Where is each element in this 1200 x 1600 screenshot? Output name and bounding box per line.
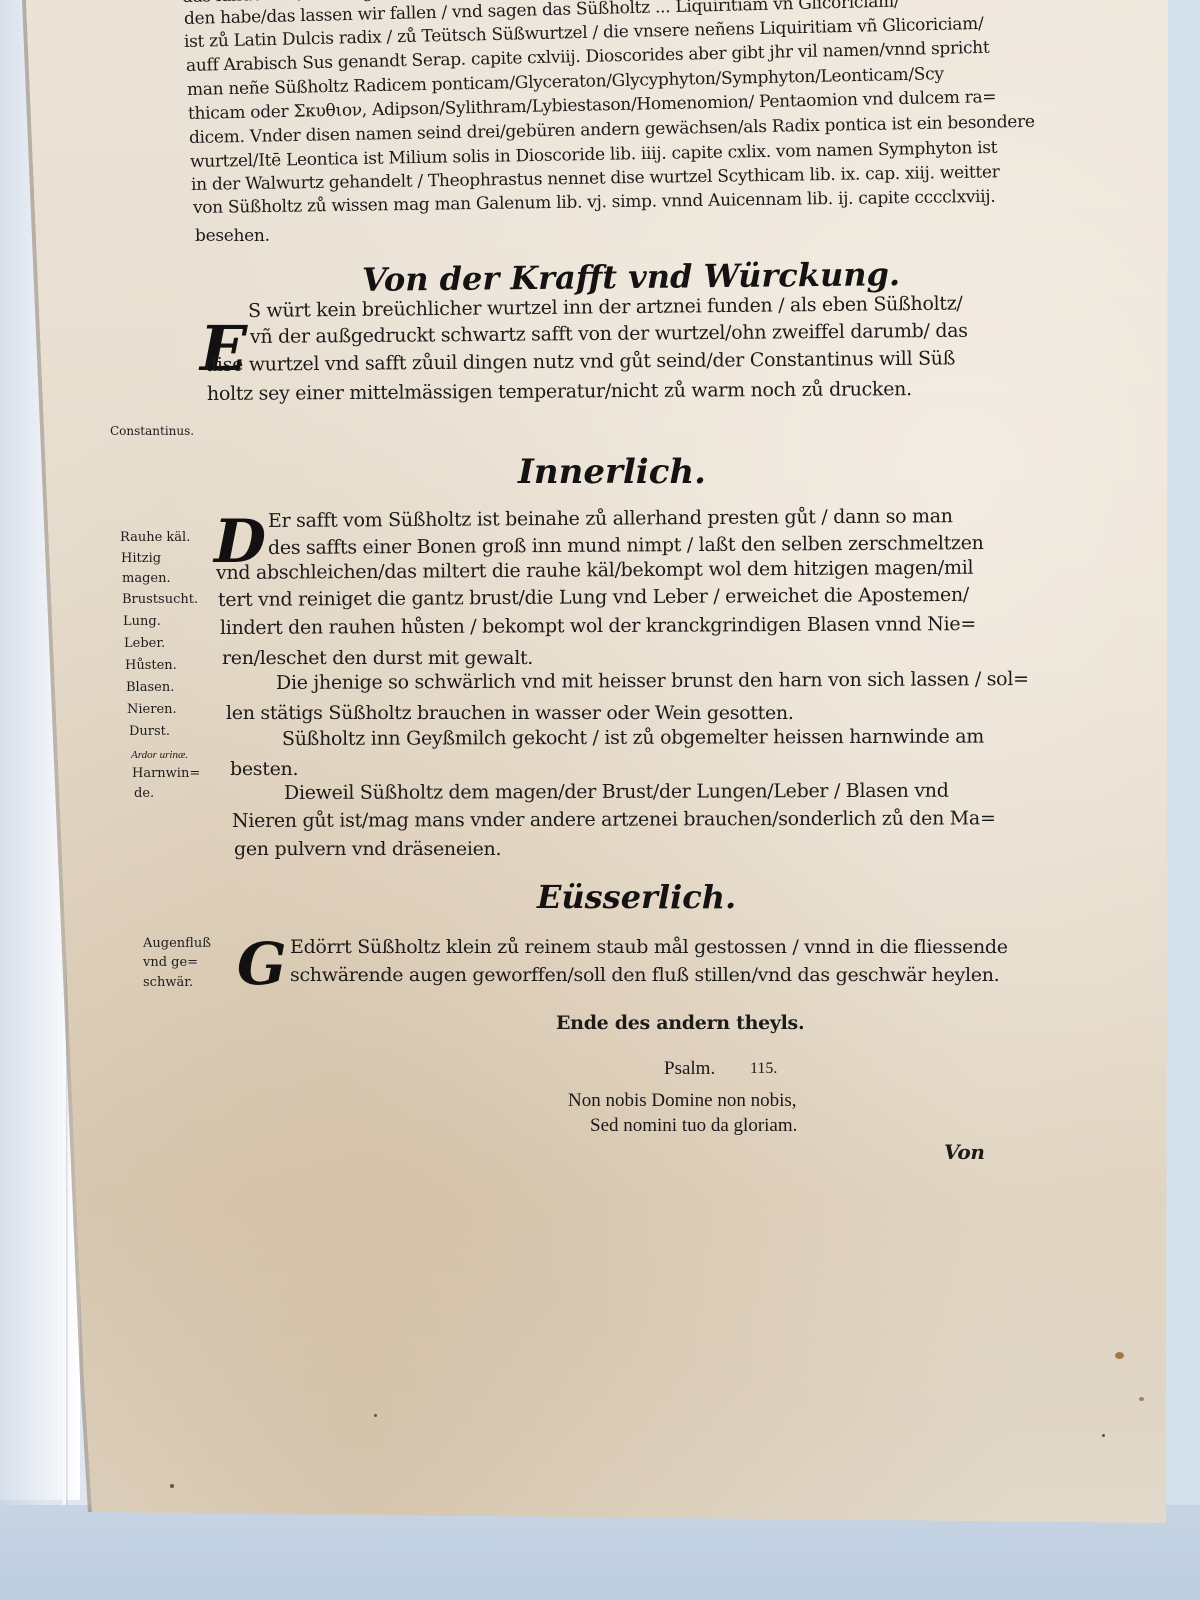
margin-note: vnd ge= <box>143 955 198 971</box>
end-of-part-line: Ende des andern theyls. <box>556 1012 804 1034</box>
section-heading: Innerlich. <box>518 452 706 492</box>
paper-spot <box>1102 1434 1105 1437</box>
margin-note: Durst. <box>129 724 170 740</box>
text-line: Süßholtz inn Geyßmilch gekocht / ist zů … <box>282 726 984 750</box>
margin-note: Constantinus. <box>110 423 194 439</box>
text-line: des saffts einer Bonen groß inn mund nim… <box>268 532 984 559</box>
printed-page: das landen ... / vnd sagen das Süßholtz … <box>0 0 1200 1600</box>
text-line: ren/leschet den durst mit gewalt. <box>222 647 533 669</box>
text-line: lindert den rauhen hůsten / bekompt wol … <box>220 613 976 639</box>
margin-note: Lung. <box>123 614 161 630</box>
margin-note: de. <box>134 786 154 802</box>
text-line: vñ der außgedruckt schwartz safft von de… <box>250 320 968 348</box>
margin-note: Harnwin= <box>132 766 200 782</box>
paper-spot <box>170 1484 174 1488</box>
section-heading: Eüsserlich. <box>537 878 736 916</box>
text-line: vnd abschleichen/das miltert die rauhe k… <box>216 557 973 584</box>
text-line: besehen. <box>195 225 270 247</box>
section-heading: Von der Krafft vnd Würckung. <box>362 255 900 299</box>
text-line: tert vnd reiniget die gantz brust/die Lu… <box>218 584 969 611</box>
text-line: schwärende augen geworffen/soll den fluß… <box>290 964 999 986</box>
margin-note: Augenfluß <box>143 936 211 952</box>
text-line: holtz sey einer mittelmässigen temperatu… <box>207 378 912 405</box>
catchword: Von <box>944 1140 985 1164</box>
text-line: Edörrt Süßholtz klein zů reinem staub må… <box>290 936 1008 958</box>
text-line: Er safft vom Süßholtz ist beinahe zů all… <box>268 505 953 532</box>
paper-spot <box>1139 1397 1144 1401</box>
text-line: Dieweil Süßholtz dem magen/der Brust/der… <box>284 780 949 804</box>
drop-initial: G <box>237 935 287 993</box>
margin-note: magen. <box>122 571 171 587</box>
psalm-label: Psalm. <box>664 1058 715 1080</box>
paper-spot <box>1115 1352 1124 1359</box>
margin-note: Hůsten. <box>125 658 177 674</box>
margin-note: Ardor urinæ. <box>131 747 188 763</box>
latin-verse-line: Non nobis Domine non nobis, <box>568 1090 797 1112</box>
text-line: Die jhenige so schwärlich vnd mit heisse… <box>276 668 1029 694</box>
psalm-number: 115. <box>750 1060 777 1078</box>
margin-note: Nieren. <box>127 702 177 718</box>
margin-note: Hitzig <box>121 551 161 567</box>
text-line: dise wurtzel vnd safft zůuil dingen nutz… <box>205 347 955 376</box>
latin-verse-line: Sed nomini tuo da gloriam. <box>590 1115 797 1137</box>
margin-note: Leber. <box>124 636 165 652</box>
margin-note: schwär. <box>143 975 193 991</box>
margin-note: Brustsucht. <box>122 592 198 608</box>
margin-note: Blasen. <box>126 680 174 696</box>
text-line: gen pulvern vnd dräseneien. <box>234 838 501 860</box>
paper-spot <box>374 1414 377 1417</box>
margin-note: Rauhe käl. <box>120 530 190 546</box>
text-line: S würt kein breüchlicher wurtzel inn der… <box>248 293 963 322</box>
text-line: len stätigs Süßholtz brauchen in wasser … <box>226 702 794 724</box>
text-line: besten. <box>230 758 298 780</box>
text-line: Nieren gůt ist/mag mans vnder andere art… <box>232 807 996 832</box>
